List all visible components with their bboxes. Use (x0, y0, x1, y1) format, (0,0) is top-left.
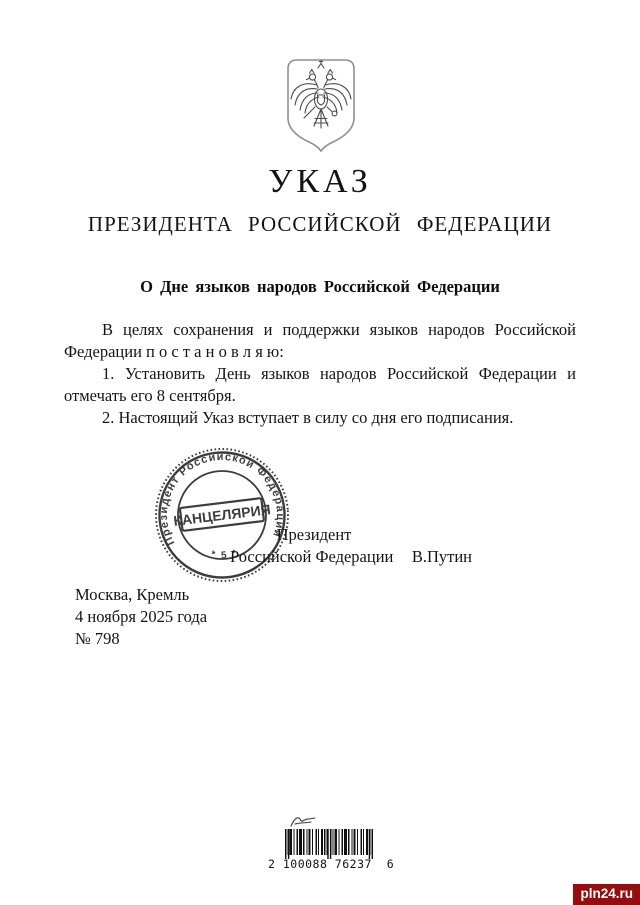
decree-subject: О Дне языков народов Российской Федераци… (0, 277, 640, 297)
paragraph-item-2: 2. Настоящий Указ вступает в силу со дня… (64, 407, 576, 429)
svg-text:Президент Российской Федерации: Президент Российской Федерации (154, 447, 288, 548)
decree-number: № 798 (75, 628, 207, 650)
coat-of-arms-russia-icon (281, 55, 361, 152)
paragraph-preamble: В целях сохранения и поддержки языков на… (64, 319, 576, 363)
paragraph-item-1: 1. Установить День языков народов Россий… (64, 363, 576, 407)
signature-name: В.Путин (412, 546, 472, 568)
site-watermark: pln24.ru (573, 884, 640, 905)
stamp-ring-text: Президент Российской Федерации (154, 447, 288, 548)
issued-place: Москва, Кремль (75, 584, 207, 606)
barcode-digits: 2 100088 76237 6 (268, 857, 390, 871)
issued-block: Москва, Кремль 4 ноября 2025 года № 798 (75, 584, 207, 650)
decree-issuer: ПРЕЗИДЕНТА РОССИЙСКОЙ ФЕДЕРАЦИИ (0, 212, 640, 237)
decree-page: УКАЗ ПРЕЗИДЕНТА РОССИЙСКОЙ ФЕДЕРАЦИИ О Д… (0, 0, 640, 905)
decree-body: В целях сохранения и поддержки языков на… (64, 319, 576, 429)
chancellery-stamp: Президент Российской Федерации * 5 * КАН… (150, 443, 294, 587)
svg-text:* 5 *: * 5 * (209, 547, 240, 562)
stamp-bottom-text: * 5 * (209, 547, 240, 562)
stamp-center-text: КАНЦЕЛЯРИЯ (173, 501, 272, 529)
issued-date: 4 ноября 2025 года (75, 606, 207, 628)
scribble-mark-icon (288, 814, 318, 829)
decree-title: УКАЗ (0, 163, 640, 201)
